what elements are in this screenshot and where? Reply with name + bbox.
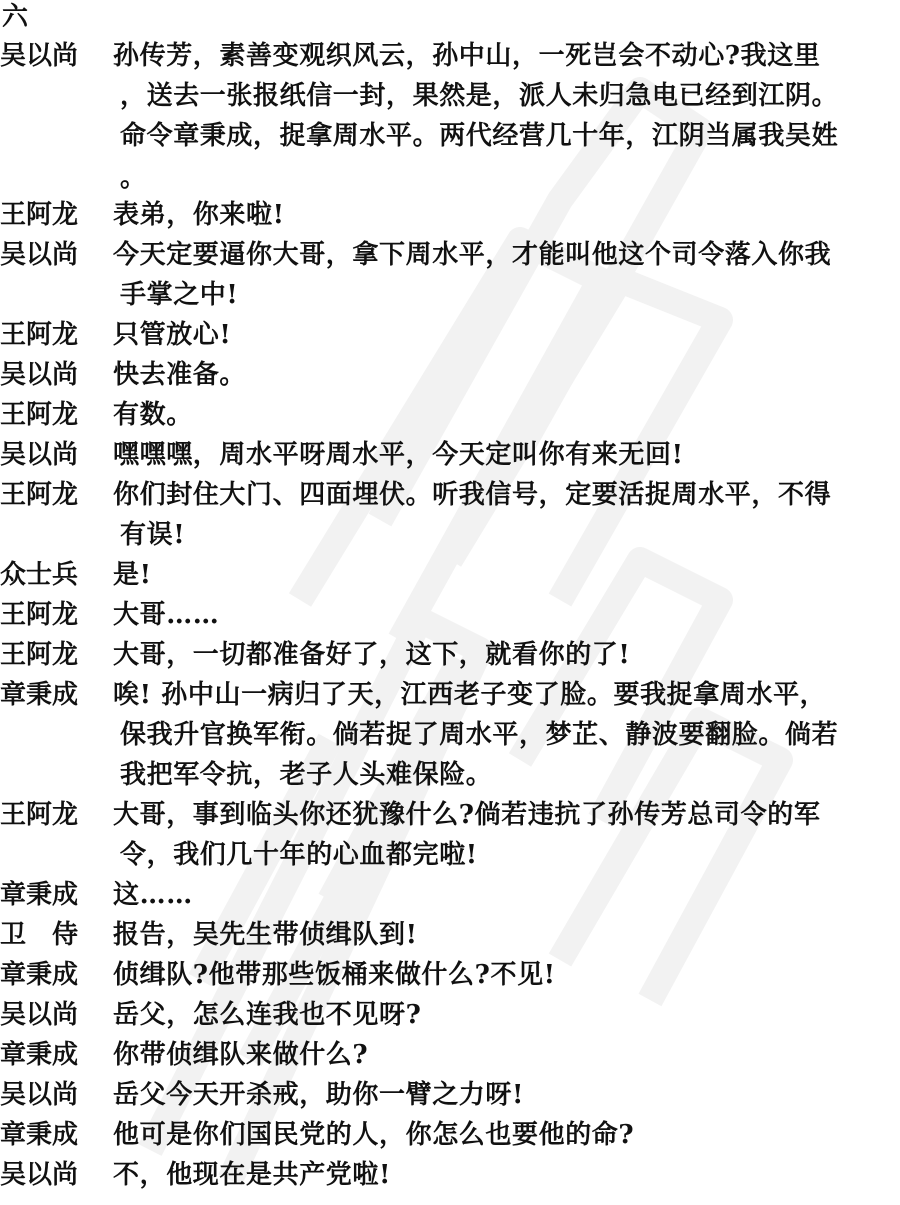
speaker-name: 吴以尚 bbox=[0, 36, 110, 76]
dialogue-line: 卫 侍 报告，吴先生带侦缉队到! bbox=[0, 915, 900, 955]
dialogue-text: 这…… bbox=[113, 875, 193, 915]
dialogue-text: ，送去一张报纸信一封，果然是，派人未归急电已经到江阴。 bbox=[120, 76, 838, 116]
dialogue-line: 王阿龙 大哥，事到临头你还犹豫什么?倘若违抗了孙传芳总司令的军 bbox=[0, 795, 900, 835]
speaker-name: 王阿龙 bbox=[0, 795, 110, 835]
dialogue-text: 快去准备。 bbox=[113, 355, 246, 395]
dialogue-text: 令，我们几十年的心血都完啦! bbox=[120, 835, 478, 875]
dialogue-line: 章秉成 你带侦缉队来做什么? bbox=[0, 1035, 900, 1075]
dialogue-text: 他可是你们国民党的人，你怎么也要他的命? bbox=[113, 1115, 634, 1155]
speaker-name: 吴以尚 bbox=[0, 1075, 110, 1115]
section-title: 六 bbox=[2, 1, 28, 33]
dialogue-line: 吴以尚 今天定要逼你大哥，拿下周水平，才能叫他这个司令落入你我 bbox=[0, 235, 900, 275]
dialogue-text: 唉! 孙中山一病归了天，江西老子变了脸。要我捉拿周水平， bbox=[113, 675, 826, 715]
speaker-name: 卫 侍 bbox=[0, 915, 110, 955]
dialogue-line: 章秉成 唉! 孙中山一病归了天，江西老子变了脸。要我捉拿周水平， bbox=[0, 675, 900, 715]
dialogue-text: 我把军令抗，老子人头难保险。 bbox=[120, 755, 492, 795]
dialogue-line: 王阿龙 大哥…… bbox=[0, 595, 900, 635]
dialogue-line: 吴以尚 不，他现在是共产党啦! bbox=[0, 1155, 900, 1195]
speaker-name: 王阿龙 bbox=[0, 395, 110, 435]
speaker-name: 章秉成 bbox=[0, 1115, 110, 1155]
dialogue-text: 大哥，事到临头你还犹豫什么?倘若违抗了孙传芳总司令的军 bbox=[113, 795, 820, 835]
dialogue-text: 嘿嘿嘿，周水平呀周水平，今天定叫你有来无回! bbox=[113, 435, 684, 475]
speaker-name: 吴以尚 bbox=[0, 435, 110, 475]
speaker-name: 章秉成 bbox=[0, 875, 110, 915]
dialogue-text: 你带侦缉队来做什么? bbox=[113, 1035, 368, 1075]
dialogue-text: 大哥…… bbox=[113, 595, 219, 635]
dialogue-line: 吴以尚 嘿嘿嘿，周水平呀周水平，今天定叫你有来无回! bbox=[0, 435, 900, 475]
dialogue-line-continuation: 我把军令抗，老子人头难保险。 bbox=[0, 755, 900, 795]
dialogue-text: 命令章秉成，捉拿周水平。两代经营几十年，江阴当属我吴姓 bbox=[120, 116, 838, 156]
dialogue-text: 。 bbox=[120, 158, 147, 198]
dialogue-line: 王阿龙 只管放心! bbox=[0, 315, 900, 355]
dialogue-text: 大哥，一切都准备好了，这下，就看你的了! bbox=[113, 635, 630, 675]
dialogue-line: 众士兵 是! bbox=[0, 555, 900, 595]
dialogue-line-continuation: 令，我们几十年的心血都完啦! bbox=[0, 835, 900, 875]
speaker-name: 章秉成 bbox=[0, 955, 110, 995]
speaker-name: 吴以尚 bbox=[0, 355, 110, 395]
dialogue-line: 王阿龙 你们封住大门、四面埋伏。听我信号，定要活捉周水平，不得 bbox=[0, 475, 900, 515]
speaker-name: 吴以尚 bbox=[0, 235, 110, 275]
dialogue-text: 有误! bbox=[120, 515, 185, 555]
speaker-name: 王阿龙 bbox=[0, 475, 110, 515]
dialogue-text: 只管放心! bbox=[113, 315, 231, 355]
dialogue-line-continuation: ，送去一张报纸信一封，果然是，派人未归急电已经到江阴。 bbox=[0, 76, 900, 116]
speaker-name: 王阿龙 bbox=[0, 195, 110, 235]
dialogue-text: 今天定要逼你大哥，拿下周水平，才能叫他这个司令落入你我 bbox=[113, 235, 831, 275]
dialogue-line: 王阿龙 大哥，一切都准备好了，这下，就看你的了! bbox=[0, 635, 900, 675]
dialogue-line-continuation: 命令章秉成，捉拿周水平。两代经营几十年，江阴当属我吴姓 bbox=[0, 116, 900, 156]
dialogue-line-continuation: 。 bbox=[0, 158, 900, 198]
speaker-name: 章秉成 bbox=[0, 1035, 110, 1075]
dialogue-line: 吴以尚 孙传芳，素善变观织风云，孙中山，一死岂会不动心?我这里 bbox=[0, 36, 900, 76]
dialogue-line: 王阿龙 表弟，你来啦! bbox=[0, 195, 900, 235]
speaker-name: 吴以尚 bbox=[0, 1155, 110, 1195]
dialogue-text: 孙传芳，素善变观织风云，孙中山，一死岂会不动心?我这里 bbox=[113, 36, 820, 76]
dialogue-text: 报告，吴先生带侦缉队到! bbox=[113, 915, 418, 955]
dialogue-text: 岳父今天开杀戒，助你一臂之力呀! bbox=[113, 1075, 524, 1115]
dialogue-line: 吴以尚 岳父今天开杀戒，助你一臂之力呀! bbox=[0, 1075, 900, 1115]
dialogue-line: 章秉成 他可是你们国民党的人，你怎么也要他的命? bbox=[0, 1115, 900, 1155]
dialogue-text: 你们封住大门、四面埋伏。听我信号，定要活捉周水平，不得 bbox=[113, 475, 831, 515]
speaker-name: 章秉成 bbox=[0, 675, 110, 715]
dialogue-line-continuation: 手掌之中! bbox=[0, 275, 900, 315]
speaker-name: 吴以尚 bbox=[0, 995, 110, 1035]
dialogue-text: 不，他现在是共产党啦! bbox=[113, 1155, 391, 1195]
dialogue-line: 章秉成 侦缉队?他带那些饭桶来做什么?不见! bbox=[0, 955, 900, 995]
dialogue-line: 吴以尚 快去准备。 bbox=[0, 355, 900, 395]
dialogue-line-continuation: 保我升官换军衔。倘若捉了周水平，梦芷、静波要翻脸。倘若 bbox=[0, 715, 900, 755]
dialogue-text: 岳父，怎么连我也不见呀? bbox=[113, 995, 421, 1035]
dialogue-line: 王阿龙 有数。 bbox=[0, 395, 900, 435]
dialogue-text: 表弟，你来啦! bbox=[113, 195, 285, 235]
speaker-name: 王阿龙 bbox=[0, 315, 110, 355]
dialogue-line: 吴以尚 岳父，怎么连我也不见呀? bbox=[0, 995, 900, 1035]
dialogue-text: 侦缉队?他带那些饭桶来做什么?不见! bbox=[113, 955, 556, 995]
dialogue-line: 章秉成 这…… bbox=[0, 875, 900, 915]
dialogue-text: 有数。 bbox=[113, 395, 193, 435]
speaker-name: 众士兵 bbox=[0, 555, 110, 595]
dialogue-text: 是! bbox=[113, 555, 152, 595]
dialogue-line-continuation: 有误! bbox=[0, 515, 900, 555]
dialogue-text: 保我升官换军衔。倘若捉了周水平，梦芷、静波要翻脸。倘若 bbox=[120, 715, 838, 755]
speaker-name: 王阿龙 bbox=[0, 635, 110, 675]
dialogue-text: 手掌之中! bbox=[120, 275, 238, 315]
speaker-name: 王阿龙 bbox=[0, 595, 110, 635]
